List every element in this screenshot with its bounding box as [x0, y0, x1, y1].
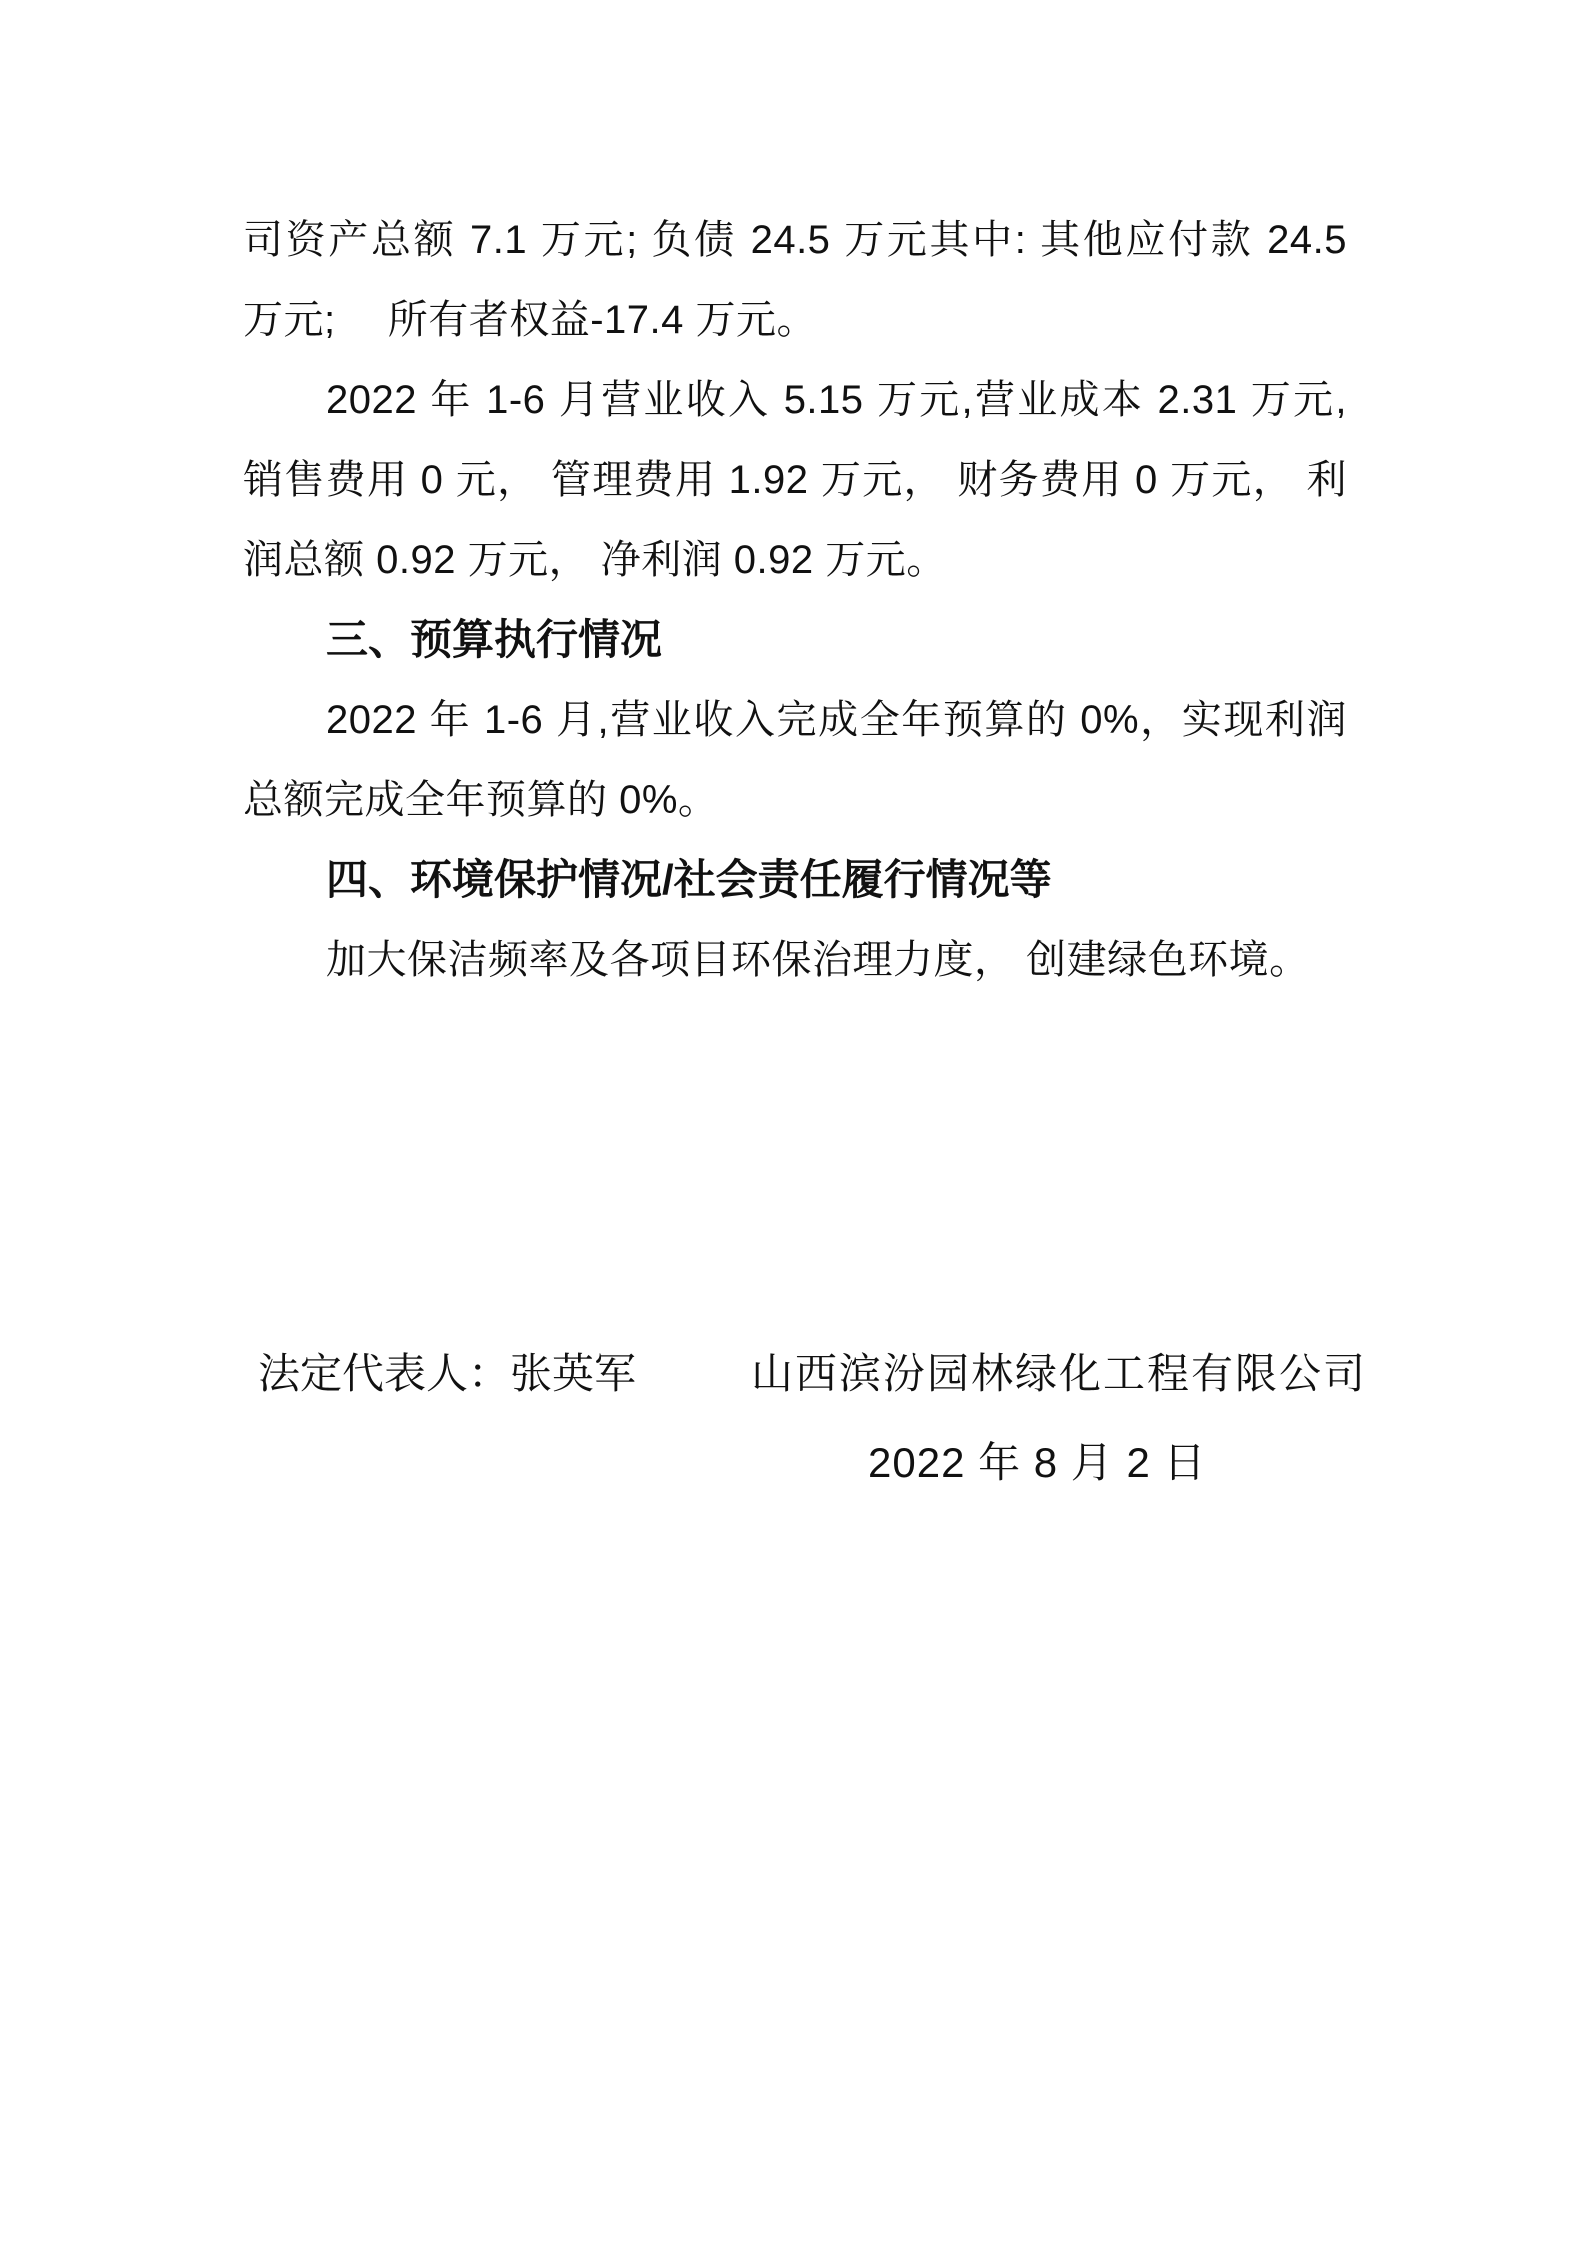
- document-page: 司资产总额 7.1 万元; 负债 24.5 万元其中: 其他应付款 24.5 万…: [0, 0, 1587, 2245]
- body-line: 2022 年 1-6 月,营业收入完成全年预算的 0%，实现利润: [243, 680, 1347, 760]
- company-name: 山西滨汾园林绿化工程有限公司: [751, 1334, 1367, 1414]
- body-line: 2022 年 1-6 月营业收入 5.15 万元,营业成本 2.31 万元,: [243, 360, 1347, 440]
- body-line: 万元; 所有者权益-17.4 万元。: [243, 280, 1347, 360]
- section-heading-3: 三、预算执行情况: [243, 600, 1347, 680]
- body-line: 司资产总额 7.1 万元; 负债 24.5 万元其中: 其他应付款 24.5: [243, 200, 1347, 280]
- body-line: 总额完成全年预算的 0%。: [243, 760, 1347, 840]
- section-heading-4: 四、环境保护情况/社会责任履行情况等: [243, 840, 1347, 920]
- body-line: 润总额 0.92 万元， 净利润 0.92 万元。: [243, 520, 1347, 600]
- document-body: 司资产总额 7.1 万元; 负债 24.5 万元其中: 其他应付款 24.5 万…: [243, 200, 1347, 1000]
- legal-representative-signature: 法定代表人：张英军: [258, 1334, 636, 1414]
- report-date: 2022 年 8 月 2 日: [868, 1423, 1207, 1503]
- body-line: 加大保洁频率及各项目环保治理力度， 创建绿色环境。: [243, 920, 1347, 1000]
- body-line: 销售费用 0 元， 管理费用 1.92 万元， 财务费用 0 万元， 利: [243, 440, 1347, 520]
